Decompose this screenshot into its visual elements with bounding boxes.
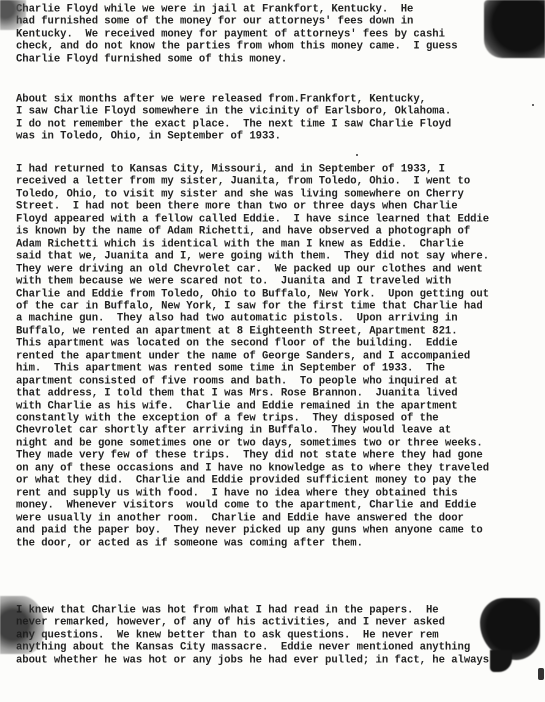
document-line: anything about the Kansas City massacre.… (16, 641, 470, 654)
document-line: the door, or acted as if someone was com… (16, 537, 363, 550)
document-line: him. This apartment was rented some time… (16, 362, 445, 375)
scan-stain-top-right (484, 0, 545, 58)
document-line: Charlie Floyd while we were in jail at F… (16, 3, 413, 16)
document-line: constantly with the exception of a few t… (16, 412, 439, 425)
document-line: never remarked, however, of any of his a… (16, 616, 445, 629)
scan-speck (532, 104, 534, 106)
document-line: of the car in Buffalo, New York, I saw f… (16, 300, 483, 313)
scan-stain-top-left (0, 0, 26, 30)
scan-speck (538, 668, 544, 680)
document-line: rent and supply us with food. I have no … (16, 487, 458, 500)
document-line: Charlie Floyd furnished some of this mon… (16, 53, 287, 66)
document-line: any questions. We knew better than to as… (16, 629, 439, 642)
document-line: Floyd appeared with a fellow called Eddi… (16, 213, 489, 226)
document-line: Chevrolet car shortly after arriving in … (16, 424, 451, 437)
document-line: check, and do not know the parties from … (16, 40, 458, 53)
document-line: I saw Charlie Floyd somewhere in the vic… (16, 105, 451, 118)
document-line: and paid the paper boy. They never picke… (16, 524, 483, 537)
scan-speck (356, 154, 358, 156)
document-line: About six months after we were released … (16, 93, 426, 106)
document-line: was in Toledo, Ohio, in September of 193… (16, 130, 281, 143)
document-line: had furnished some of the money for our … (16, 15, 413, 28)
document-line: that address, I told them that I was Mrs… (16, 387, 458, 400)
document-line: Street. I had not been there more than t… (16, 200, 458, 213)
document-line: I had returned to Kansas City, Missouri,… (16, 163, 445, 176)
scanned-document-page: Charlie Floyd while we were in jail at F… (0, 0, 545, 702)
document-line: Adam Richetti which is identical with th… (16, 238, 464, 251)
document-line: I do not remember the exact place. The n… (16, 118, 451, 131)
document-line: I knew that Charlie was hot from what I … (16, 604, 439, 617)
document-line: They were driving an old Chevrolet car. … (16, 263, 483, 276)
scan-stain-bottom-right-spike (490, 650, 512, 672)
document-line: or what they did. Charlie and Eddie prov… (16, 474, 476, 487)
document-line: apartment consisted of five rooms and ba… (16, 375, 458, 388)
document-line: about whether he was hot or any jobs he … (16, 654, 489, 667)
document-line: with Charlie as his wife. Charlie and Ed… (16, 400, 458, 413)
document-line: were usually in another room. Charlie an… (16, 512, 464, 525)
document-line: This apartment was located on the second… (16, 337, 458, 350)
document-line: Buffalo, we rented an apartment at 8 Eig… (16, 325, 458, 338)
document-line: is known by the name of Adam Richetti, a… (16, 225, 470, 238)
document-line: They made very few of these trips. They … (16, 449, 483, 462)
document-line: night and be gone sometimes one or two d… (16, 437, 483, 450)
document-line: received a letter from my sister, Juanit… (16, 175, 470, 188)
document-line: said that we, Juanita and I, were going … (16, 250, 489, 263)
document-line: a machine gun. They also had two automat… (16, 312, 458, 325)
document-line: rented the apartment under the name of G… (16, 350, 470, 363)
document-line: Toledo, Ohio, to visit my sister and she… (16, 188, 464, 201)
document-line: Charlie and Eddie from Toledo, Ohio to B… (16, 288, 489, 301)
document-line: money. Whenever visitors would come to t… (16, 499, 476, 512)
document-line: with them because we were scared not to.… (16, 275, 451, 288)
scan-stain-bottom-left (0, 596, 44, 654)
document-line: Kentucky. We received money for payment … (16, 28, 445, 41)
document-line: on any of these occasions and I have no … (16, 462, 489, 475)
